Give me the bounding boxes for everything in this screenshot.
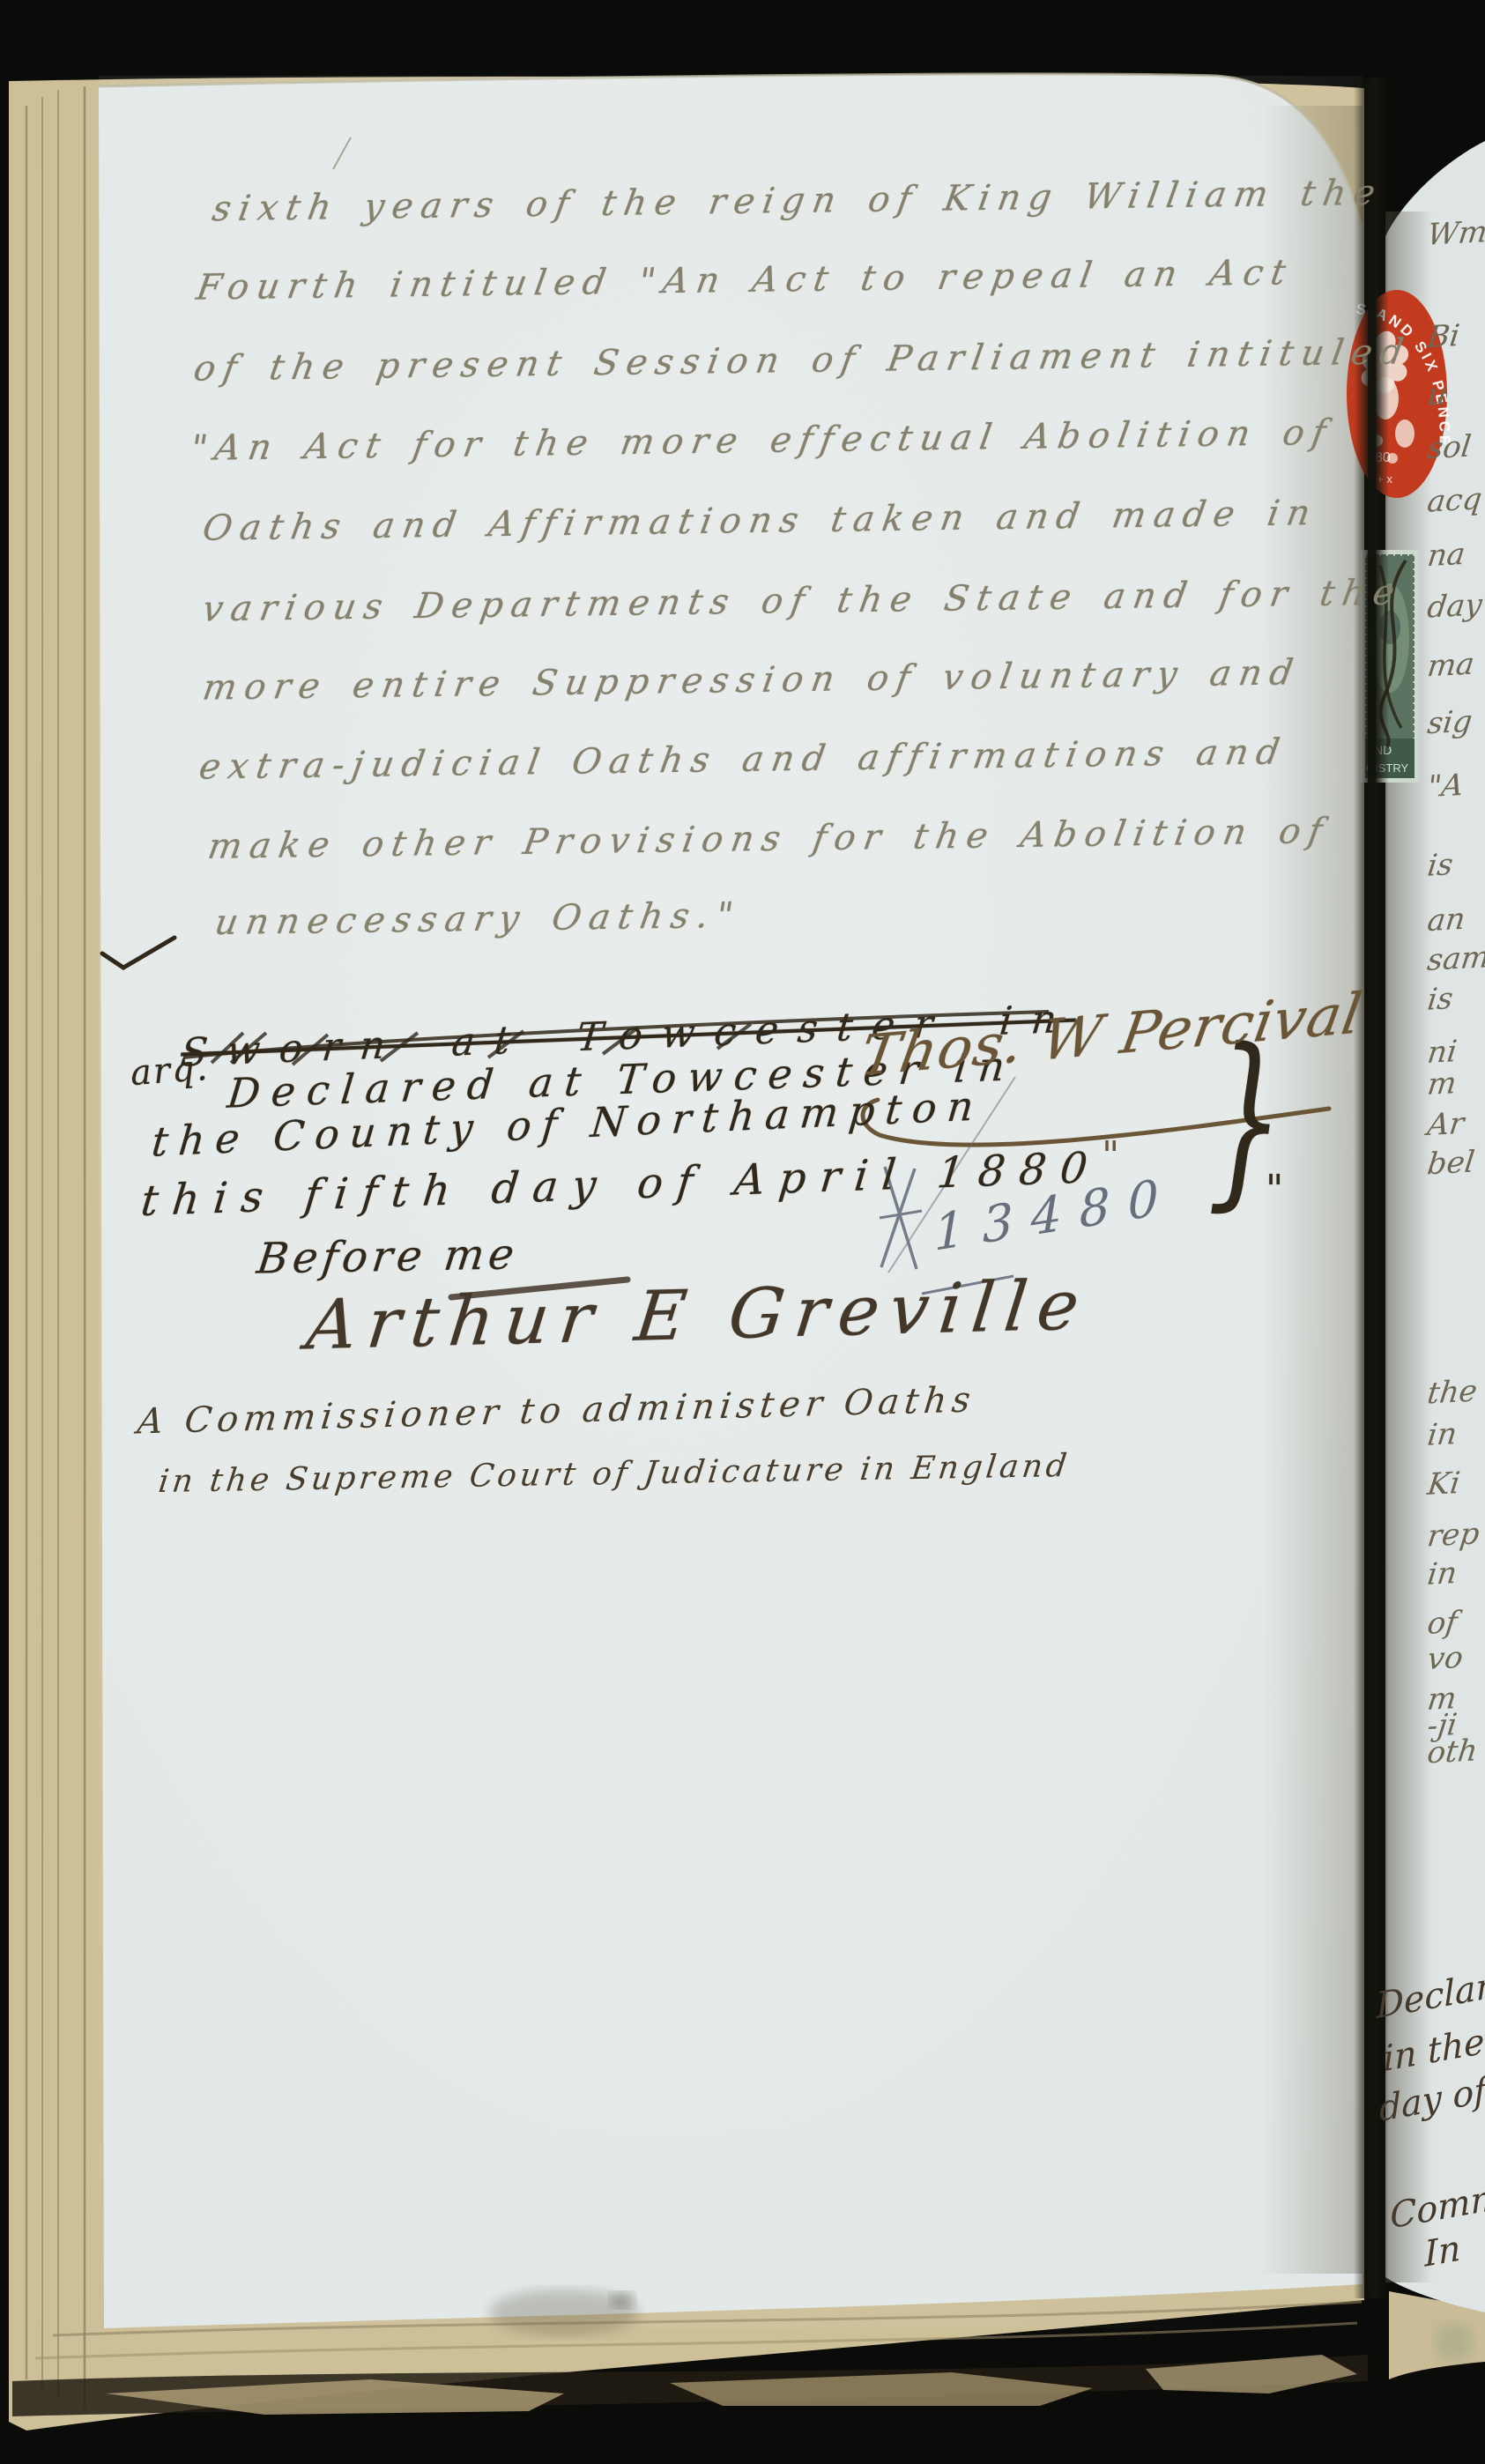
ditto-mark: " [1102,1133,1119,1178]
right-page-fragment: "A [1425,768,1465,805]
body-text-line: unnecessary Oaths." [212,895,744,943]
right-page-fragment: na [1425,537,1466,574]
right-page-fragment: sol [1425,429,1473,466]
right-page-fragment: Wm [1425,214,1485,252]
right-page-fragment: an [1425,902,1466,939]
right-page-fragment: vo [1425,1640,1465,1677]
right-page-fragment: m [1425,1065,1458,1102]
right-page-fragment: sam [1425,939,1485,978]
ditto-mark: " [1266,1167,1283,1212]
right-page-fragment: ma [1425,647,1476,685]
right-page-fragment: In [1424,2228,1462,2275]
right-page-fragment: day [1425,587,1484,625]
right-page-fragment: Ki [1425,1466,1462,1503]
book-photo: S AND SIX PENCE 80 x + x ND GISTRY [0,0,1485,2464]
right-page-fragment: the [1425,1374,1479,1412]
right-page-fragment: Ar [1425,1106,1466,1143]
right-page-fragment: of [1425,1605,1459,1642]
right-page-fragment: is [1425,847,1455,883]
right-page-fragment: in [1425,1416,1459,1453]
right-page-fragment: acq [1425,481,1484,519]
right-page-fragment: is [1425,981,1455,1017]
right-page-fragment: sig [1425,704,1474,742]
right-page-fragment: rep [1425,1517,1481,1555]
right-page-fragment: in [1425,1555,1459,1592]
before-me-text: Before me [255,1229,522,1283]
right-page-fragment: bel [1425,1145,1476,1183]
right-page-fragment: Bi [1425,318,1461,355]
right-page-fragment: oth [1425,1733,1479,1771]
